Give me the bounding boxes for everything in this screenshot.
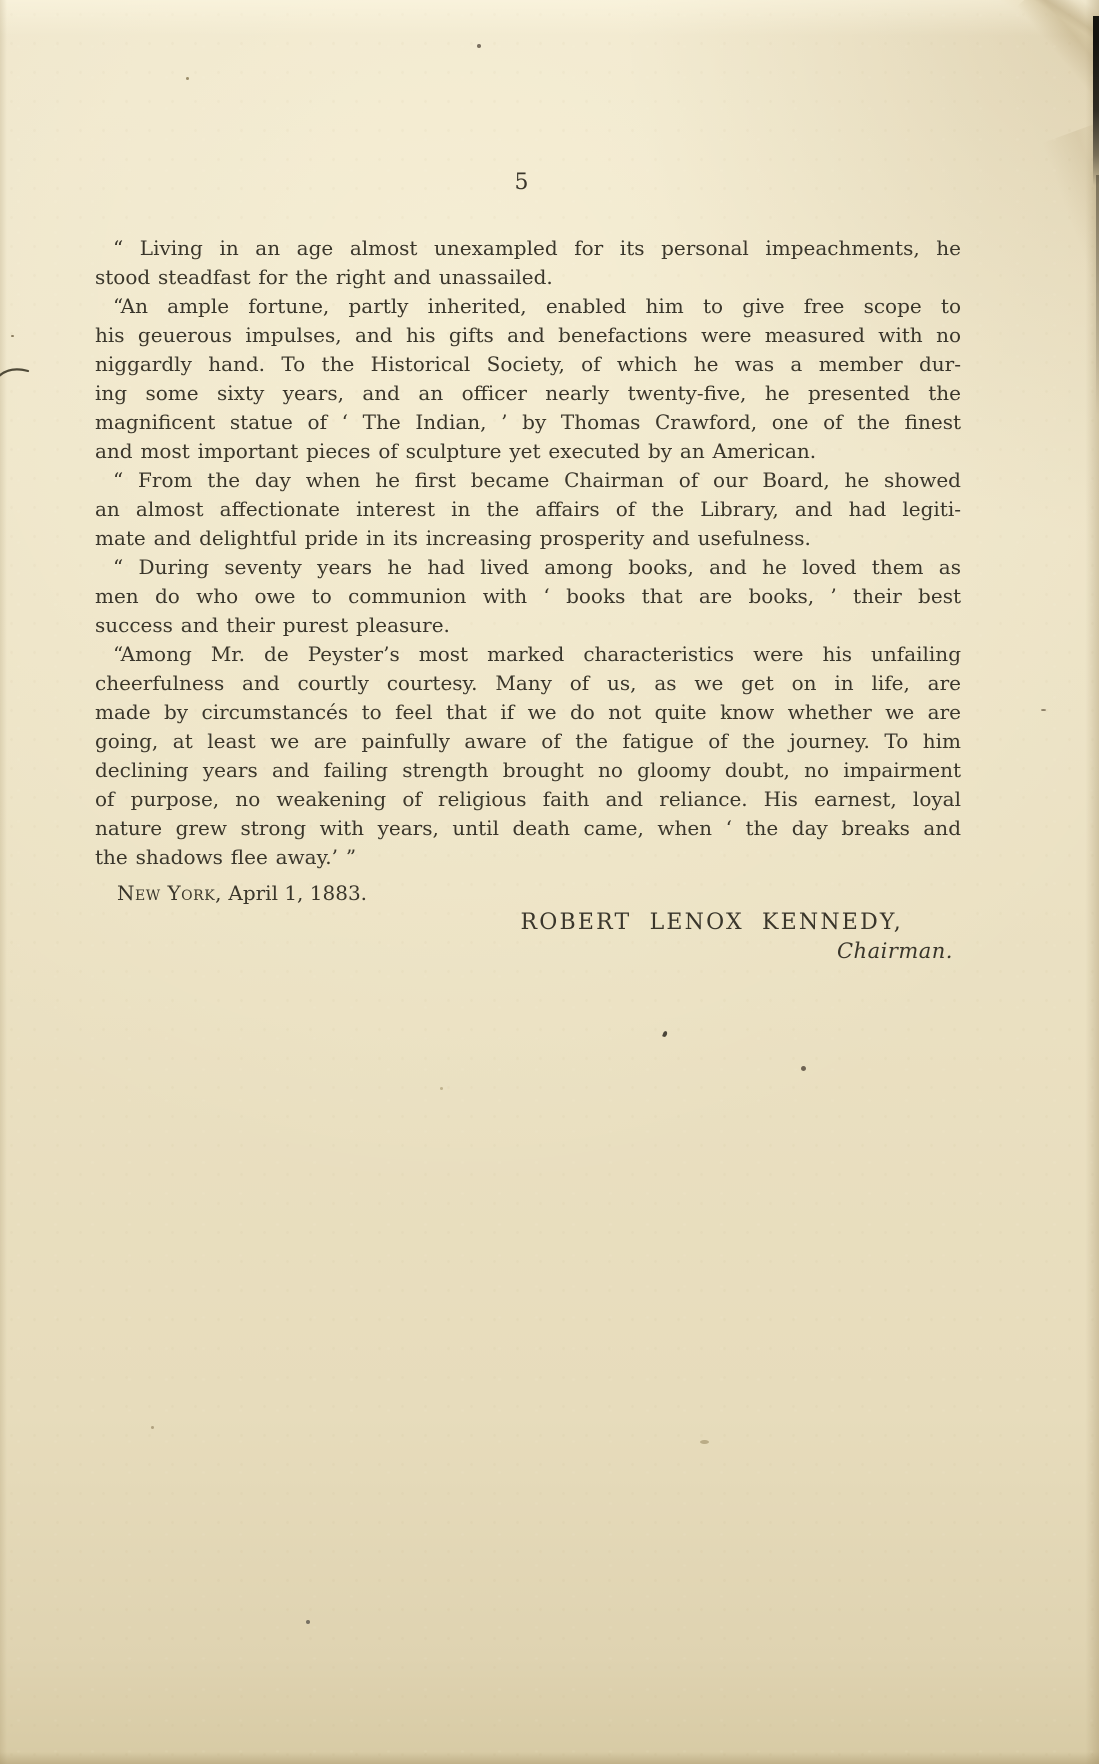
text-line: nature grew strong with years, until dea…	[95, 814, 961, 843]
page-number: 5	[498, 170, 546, 195]
text-line: “ During seventy years he had lived amon…	[95, 553, 961, 582]
text-line: niggardly hand. To the Historical Societ…	[95, 350, 961, 379]
paper-top-highlight	[0, 0, 1099, 36]
text-line: cheerfulness and courtly courtesy. Many …	[95, 669, 961, 698]
text-line: of purpose, no weakening of religious fa…	[95, 785, 961, 814]
body-text: “ Living in an age almost unexampled for…	[95, 234, 961, 966]
text-line: success and their purest pleasure.	[95, 611, 961, 640]
text-line: stood steadfast for the right and unassa…	[95, 263, 961, 292]
page-edge-shadow	[1083, 0, 1099, 1764]
dateline-place: New York,	[117, 881, 222, 905]
page-edge-shadow	[0, 1752, 1099, 1764]
corner-crease	[941, 0, 1099, 101]
dateline-date: April 1, 1883.	[228, 881, 367, 905]
text-line: mate and delightful pride in its increas…	[95, 524, 961, 553]
signature-title: Chairman.	[95, 937, 961, 966]
text-line: and most important pieces of sculpture y…	[95, 437, 961, 466]
ink-speck	[1041, 709, 1046, 711]
text-line: his geuerous impulses, and his gifts and…	[95, 321, 961, 350]
ink-speck	[477, 44, 481, 48]
text-line: going, at least we are painfully aware o…	[95, 727, 961, 756]
text-line: men do who owe to communion with ‘ books…	[95, 582, 961, 611]
ink-speck	[11, 335, 14, 337]
text-line: an almost affectionate interest in the a…	[95, 495, 961, 524]
ink-speck	[700, 1440, 709, 1444]
ink-speck	[151, 1426, 154, 1429]
page-edge-shadow	[0, 0, 7, 1764]
text-line: “An ample fortune, partly inherited, ena…	[95, 292, 961, 321]
text-line: “ From the day when he first became Chai…	[95, 466, 961, 495]
signature-name: ROBERT LENOX KENNEDY,	[95, 908, 961, 937]
text-line: made by circumstancés to feel that if we…	[95, 698, 961, 727]
corner-crease	[1001, 0, 1099, 165]
text-line: magnificent statue of ‘ The Indian, ’ by…	[95, 408, 961, 437]
ink-speck	[801, 1066, 806, 1071]
ink-speck	[186, 77, 189, 80]
page-edge-dark-line	[1093, 16, 1099, 186]
scanned-book-page: 5 “ Living in an age almost unexampled f…	[0, 0, 1099, 1764]
dateline: New York, April 1, 1883.	[95, 879, 961, 908]
ink-speck	[440, 1087, 443, 1090]
text-line: “ Living in an age almost unexampled for…	[95, 234, 961, 263]
ink-speck	[662, 1030, 668, 1037]
text-line: ing some sixty years, and an officer nea…	[95, 379, 961, 408]
ink-speck	[306, 1620, 310, 1624]
text-line: declining years and failing strength bro…	[95, 756, 961, 785]
text-line: “Among Mr. de Peyster’s most marked char…	[95, 640, 961, 669]
pen-mark	[0, 362, 32, 380]
corner-crease	[1004, 102, 1099, 298]
text-line: the shadows flee away.’ ”	[95, 843, 961, 872]
